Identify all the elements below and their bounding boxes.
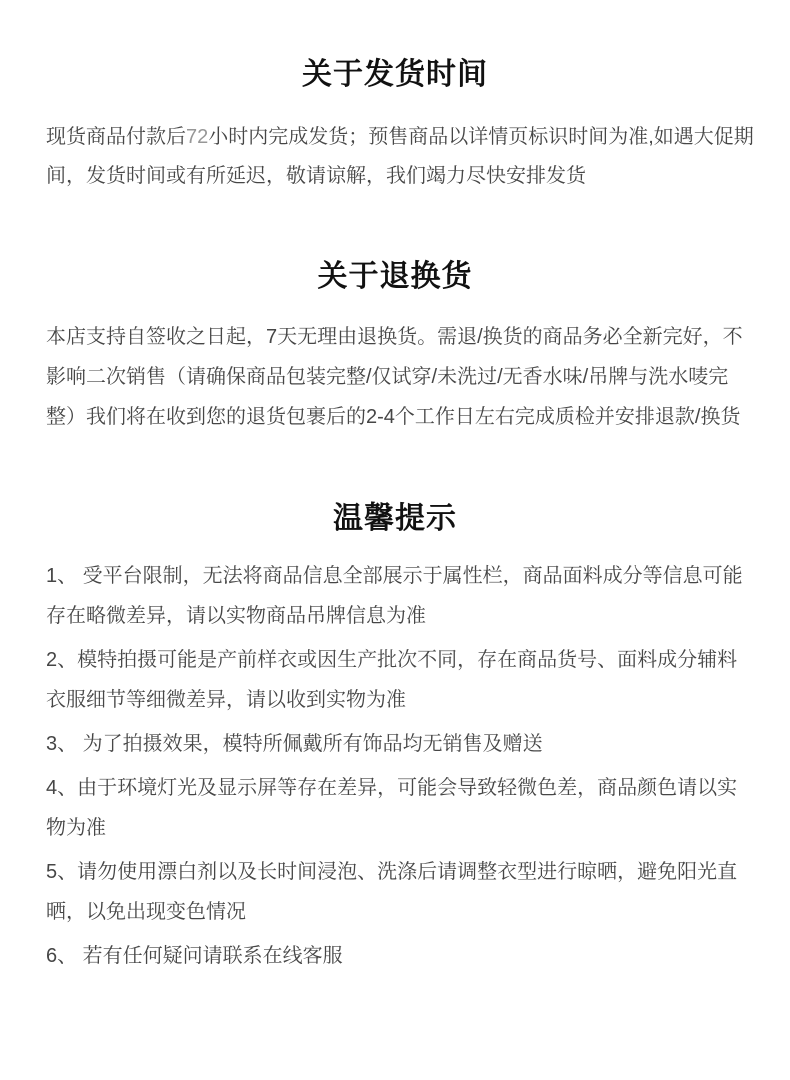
shipping-section: 关于发货时间 现货商品付款后72小时内完成发货；预售商品以详情页标识时间为准,如…: [46, 57, 744, 196]
shipping-paragraph: 现货商品付款后72小时内完成发货；预售商品以详情页标识时间为准,如遇大促期 间，…: [46, 118, 744, 196]
returns-line-2: 影响二次销售（请确保商品包装完整/仅试穿/未洗过/无香水味/吊牌与洗水唛完: [46, 357, 744, 397]
tip-item-1: 1、 受平台限制，无法将商品信息全部展示于属性栏，商品面料成分等信息可能 存在略…: [46, 556, 744, 636]
tip-2-line-2: 衣服细节等细微差异，请以收到实物为准: [46, 680, 744, 720]
tip-item-2: 2、模特拍摄可能是产前样衣或因生产批次不同，存在商品货号、面料成分辅料 衣服细节…: [46, 640, 744, 720]
tip-item-3: 3、 为了拍摄效果，模特所佩戴所有饰品均无销售及赠送: [46, 724, 744, 764]
shipping-line-1: 现货商品付款后72小时内完成发货；预售商品以详情页标识时间为准,如遇大促期: [46, 118, 744, 157]
tip-item-6: 6、 若有任何疑问请联系在线客服: [46, 936, 744, 976]
tip-4-line-2: 物为准: [46, 808, 744, 848]
returns-line-1: 本店支持自签收之日起，7天无理由退换货。需退/换货的商品务必全新完好，不: [46, 317, 744, 357]
tips-list: 1、 受平台限制，无法将商品信息全部展示于属性栏，商品面料成分等信息可能 存在略…: [46, 556, 744, 976]
tip-1-line-1: 1、 受平台限制，无法将商品信息全部展示于属性栏，商品面料成分等信息可能: [46, 556, 744, 596]
shipping-line-1-post: 小时内完成发货；预售商品以详情页标识时间为准,如遇大促期: [208, 126, 754, 148]
tip-1-line-2: 存在略微差异，请以实物商品吊牌信息为准: [46, 596, 744, 636]
returns-line-3: 整）我们将在收到您的退货包裹后的2-4个工作日左右完成质检并安排退款/换货: [46, 397, 744, 437]
tips-section: 温馨提示 1、 受平台限制，无法将商品信息全部展示于属性栏，商品面料成分等信息可…: [46, 501, 744, 976]
tip-2-line-1: 2、模特拍摄可能是产前样衣或因生产批次不同，存在商品货号、面料成分辅料: [46, 640, 744, 680]
tip-4-line-1: 4、由于环境灯光及显示屏等存在差异，可能会导致轻微色差，商品颜色请以实: [46, 768, 744, 808]
tip-item-5: 5、请勿使用漂白剂以及长时间浸泡、洗涤后请调整衣型进行晾晒，避免阳光直 晒，以免…: [46, 852, 744, 932]
tip-5-line-2: 晒，以免出现变色情况: [46, 892, 744, 932]
returns-section: 关于退换货 本店支持自签收之日起，7天无理由退换货。需退/换货的商品务必全新完好…: [46, 259, 744, 437]
tip-item-4: 4、由于环境灯光及显示屏等存在差异，可能会导致轻微色差，商品颜色请以实 物为准: [46, 768, 744, 848]
shipping-section-title: 关于发货时间: [46, 57, 744, 93]
tip-6-line-1: 6、 若有任何疑问请联系在线客服: [46, 936, 744, 976]
shipping-line-2: 间，发货时间或有所延迟，敬请谅解，我们竭力尽快安排发货: [46, 157, 744, 196]
tips-section-title: 温馨提示: [46, 501, 744, 537]
tip-5-line-1: 5、请勿使用漂白剂以及长时间浸泡、洗涤后请调整衣型进行晾晒，避免阳光直: [46, 852, 744, 892]
tip-3-line-1: 3、 为了拍摄效果，模特所佩戴所有饰品均无销售及赠送: [46, 724, 744, 764]
policy-page: 关于发货时间 现货商品付款后72小时内完成发货；预售商品以详情页标识时间为准,如…: [46, 57, 744, 976]
shipping-line-1-pre: 现货商品付款后: [46, 126, 186, 148]
returns-section-title: 关于退换货: [46, 259, 744, 295]
returns-paragraph: 本店支持自签收之日起，7天无理由退换货。需退/换货的商品务必全新完好，不 影响二…: [46, 317, 744, 437]
shipping-hours-number: 72: [186, 126, 208, 148]
